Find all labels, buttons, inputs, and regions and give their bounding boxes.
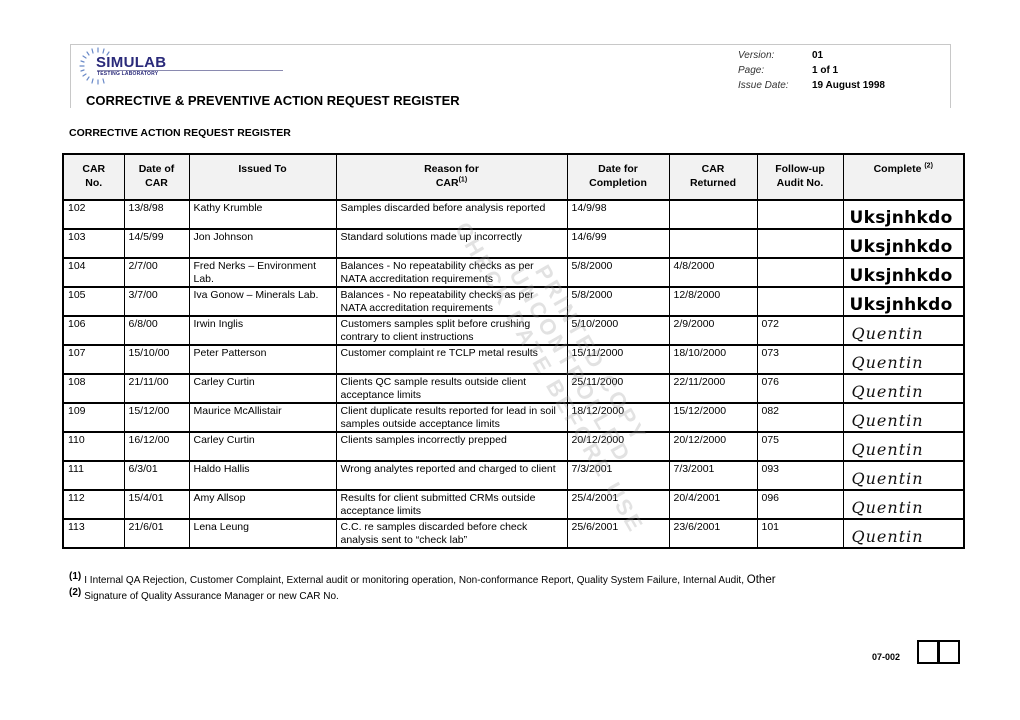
column-header: CARNo. [63,154,124,200]
reason-cell: C.C. re samples discarded before check a… [336,519,567,548]
car-date-cell: 6/3/01 [124,461,189,490]
table-row: 11215/4/01Amy AllsopResults for client s… [63,490,964,519]
table-header-row: CARNo.Date ofCARIssued ToReason forCAR(1… [63,154,964,200]
issued-to-cell: Maurice McAllistair [189,403,336,432]
logo-subtitle: TESTING LABORATORY [97,71,158,77]
column-header-label: Audit No. [777,177,824,189]
meta-value: 19 August 1998 [812,78,885,93]
meta-issue-date: Issue Date: 19 August 1998 [738,78,885,93]
audit-number-cell [757,229,843,258]
header-frame-left [70,44,71,108]
completion-date-cell: 20/12/2000 [567,432,669,461]
complete-signature-cell: Quentin [843,316,964,345]
returned-date-cell: 12/8/2000 [669,287,757,316]
complete-signature-cell: Uksjnhkdo [843,258,964,287]
issued-to-cell: Jon Johnson [189,229,336,258]
audit-number-cell: 076 [757,374,843,403]
signature: Quentin [848,440,960,460]
complete-signature-cell: Quentin [843,374,964,403]
completion-date-cell: 14/9/98 [567,200,669,229]
table-row: 1042/7/00Fred Nerks – Environment Lab.Ba… [63,258,964,287]
footnote-text: Signature of Quality Assurance Manager o… [84,591,339,602]
car-number-cell: 112 [63,490,124,519]
car-number-cell: 105 [63,287,124,316]
car-date-cell: 14/5/99 [124,229,189,258]
audit-number-cell [757,258,843,287]
column-header-label: Issued To [238,163,286,175]
table-row: 1116/3/01Haldo HallisWrong analytes repo… [63,461,964,490]
table-row: 10213/8/98Kathy KrumbleSamples discarded… [63,200,964,229]
completion-date-cell: 5/8/2000 [567,287,669,316]
audit-number-cell: 082 [757,403,843,432]
table-row: 10314/5/99Jon JohnsonStandard solutions … [63,229,964,258]
audit-number-cell: 073 [757,345,843,374]
signature: Quentin [848,324,960,344]
column-header-label: CAR [145,177,168,189]
column-header-label: CAR [82,163,105,175]
complete-signature-cell: Uksjnhkdo [843,287,964,316]
reason-cell: Results for client submitted CRMs outsid… [336,490,567,519]
column-header: CARReturned [669,154,757,200]
returned-date-cell: 4/8/2000 [669,258,757,287]
completion-date-cell: 25/11/2000 [567,374,669,403]
car-number-cell: 103 [63,229,124,258]
table-row: 1066/8/00Irwin InglisCustomers samples s… [63,316,964,345]
issued-to-cell: Iva Gonow – Minerals Lab. [189,287,336,316]
footnote-2: (2)Signature of Quality Assurance Manage… [69,589,776,605]
meta-label: Issue Date: [738,78,812,93]
car-date-cell: 16/12/00 [124,432,189,461]
returned-date-cell [669,229,757,258]
car-number-cell: 113 [63,519,124,548]
column-header-label: Follow-up [775,163,825,175]
car-date-cell: 13/8/98 [124,200,189,229]
simulab-logo: SIMULAB TESTING LABORATORY [78,46,288,90]
check-box[interactable] [917,640,939,664]
car-date-cell: 15/4/01 [124,490,189,519]
audit-number-cell: 096 [757,490,843,519]
issued-to-cell: Carley Curtin [189,374,336,403]
returned-date-cell: 20/12/2000 [669,432,757,461]
column-header: Issued To [189,154,336,200]
issued-to-cell: Carley Curtin [189,432,336,461]
meta-page: Page: 1 of 1 [738,63,885,78]
reason-cell: Wrong analytes reported and charged to c… [336,461,567,490]
footnote-reference: (1) [459,177,468,184]
signature: Quentin [848,382,960,402]
table-row: 10715/10/00Peter PattersonCustomer compl… [63,345,964,374]
complete-signature-cell: Quentin [843,490,964,519]
car-date-cell: 3/7/00 [124,287,189,316]
car-number-cell: 104 [63,258,124,287]
signature: Uksjnhkdo [848,295,960,315]
audit-number-cell [757,200,843,229]
reason-cell: Samples discarded before analysis report… [336,200,567,229]
returned-date-cell: 7/3/2001 [669,461,757,490]
column-header: Reason forCAR(1) [336,154,567,200]
column-header-label: CAR [702,163,725,175]
table-row: 10821/11/00Carley CurtinClients QC sampl… [63,374,964,403]
reason-cell: Client duplicate results reported for le… [336,403,567,432]
complete-signature-cell: Quentin [843,461,964,490]
footnotes: (1)I Internal QA Rejection, Customer Com… [69,572,776,605]
completion-date-cell: 7/3/2001 [567,461,669,490]
returned-date-cell: 23/6/2001 [669,519,757,548]
column-header-label: Completion [589,177,647,189]
meta-value: 01 [812,48,823,63]
completion-date-cell: 25/4/2001 [567,490,669,519]
signature: Quentin [848,498,960,518]
returned-date-cell: 22/11/2000 [669,374,757,403]
reason-cell: Customers samples split before crushing … [336,316,567,345]
issued-to-cell: Amy Allsop [189,490,336,519]
complete-signature-cell: Quentin [843,519,964,548]
car-number-cell: 107 [63,345,124,374]
audit-number-cell [757,287,843,316]
audit-number-cell: 072 [757,316,843,345]
car-date-cell: 21/11/00 [124,374,189,403]
complete-signature-cell: Quentin [843,432,964,461]
column-header: Date forCompletion [567,154,669,200]
reason-cell: Clients QC sample results outside client… [336,374,567,403]
column-header-label: CAR [436,177,459,189]
car-number-cell: 110 [63,432,124,461]
issued-to-cell: Irwin Inglis [189,316,336,345]
signature: Uksjnhkdo [848,208,960,228]
table-row: 1053/7/00Iva Gonow – Minerals Lab.Balanc… [63,287,964,316]
meta-value: 1 of 1 [812,63,838,78]
car-date-cell: 15/12/00 [124,403,189,432]
reason-cell: Balances - No repeatability checks as pe… [336,287,567,316]
meta-version: Version: 01 [738,48,885,63]
signature: Uksjnhkdo [848,237,960,257]
logo-name: SIMULAB [96,54,166,71]
table-row: 11016/12/00Carley CurtinClients samples … [63,432,964,461]
footnote-mark: (1) [69,571,81,582]
car-register-table: CARNo.Date ofCARIssued ToReason forCAR(1… [62,153,965,549]
car-date-cell: 15/10/00 [124,345,189,374]
completion-date-cell: 18/12/2000 [567,403,669,432]
returned-date-cell: 18/10/2000 [669,345,757,374]
footnote-mark: (2) [69,587,81,598]
header-frame-right [950,44,951,108]
car-number-cell: 111 [63,461,124,490]
table-row: 11321/6/01Lena LeungC.C. re samples disc… [63,519,964,548]
issued-to-cell: Peter Patterson [189,345,336,374]
completion-date-cell: 14/6/99 [567,229,669,258]
signature: Quentin [848,469,960,489]
column-header: Date ofCAR [124,154,189,200]
meta-label: Version: [738,48,812,63]
returned-date-cell: 2/9/2000 [669,316,757,345]
check-box[interactable] [939,640,960,664]
completion-date-cell: 5/10/2000 [567,316,669,345]
audit-number-cell: 093 [757,461,843,490]
form-check-boxes [917,640,960,664]
car-date-cell: 2/7/00 [124,258,189,287]
issued-to-cell: Kathy Krumble [189,200,336,229]
column-header: Complete (2) [843,154,964,200]
complete-signature-cell: Quentin [843,345,964,374]
issued-to-cell: Lena Leung [189,519,336,548]
car-date-cell: 21/6/01 [124,519,189,548]
issued-to-cell: Fred Nerks – Environment Lab. [189,258,336,287]
audit-number-cell: 075 [757,432,843,461]
returned-date-cell [669,200,757,229]
car-date-cell: 6/8/00 [124,316,189,345]
reason-cell: Balances - No repeatability checks as pe… [336,258,567,287]
signature: Quentin [848,353,960,373]
car-number-cell: 102 [63,200,124,229]
footnote-reference: (2) [924,163,933,170]
column-header-label: No. [85,177,102,189]
column-header-label: Reason for [424,163,479,175]
table-row: 10915/12/00Maurice McAllistairClient dup… [63,403,964,432]
issued-to-cell: Haldo Hallis [189,461,336,490]
footnote-1: (1)I Internal QA Rejection, Customer Com… [69,572,776,589]
completion-date-cell: 5/8/2000 [567,258,669,287]
footnote-tail: Other [747,574,776,586]
reason-cell: Customer complaint re TCLP metal results [336,345,567,374]
complete-signature-cell: Uksjnhkdo [843,229,964,258]
column-header-label: Date of [139,163,175,175]
signature: Uksjnhkdo [848,266,960,286]
header-frame-top [70,44,951,45]
audit-number-cell: 101 [757,519,843,548]
column-header: Follow-upAudit No. [757,154,843,200]
car-number-cell: 106 [63,316,124,345]
column-header-label: Complete [874,163,922,175]
returned-date-cell: 20/4/2001 [669,490,757,519]
complete-signature-cell: Uksjnhkdo [843,200,964,229]
completion-date-cell: 25/6/2001 [567,519,669,548]
signature: Quentin [848,411,960,431]
signature: Quentin [848,527,960,547]
reason-cell: Clients samples incorrectly prepped [336,432,567,461]
form-code: 07-002 [872,652,900,662]
reason-cell: Standard solutions made up incorrectly [336,229,567,258]
table-body: 10213/8/98Kathy KrumbleSamples discarded… [63,200,964,548]
document-meta: Version: 01 Page: 1 of 1 Issue Date: 19 … [738,48,885,93]
footnote-text: I Internal QA Rejection, Customer Compla… [84,575,744,586]
document-title: CORRECTIVE & PREVENTIVE ACTION REQUEST R… [86,93,460,108]
car-number-cell: 108 [63,374,124,403]
completion-date-cell: 15/11/2000 [567,345,669,374]
column-header-label: Returned [690,177,736,189]
complete-signature-cell: Quentin [843,403,964,432]
meta-label: Page: [738,63,812,78]
returned-date-cell: 15/12/2000 [669,403,757,432]
car-number-cell: 109 [63,403,124,432]
section-title: CORRECTIVE ACTION REQUEST REGISTER [69,127,291,139]
column-header-label: Date for [598,163,638,175]
